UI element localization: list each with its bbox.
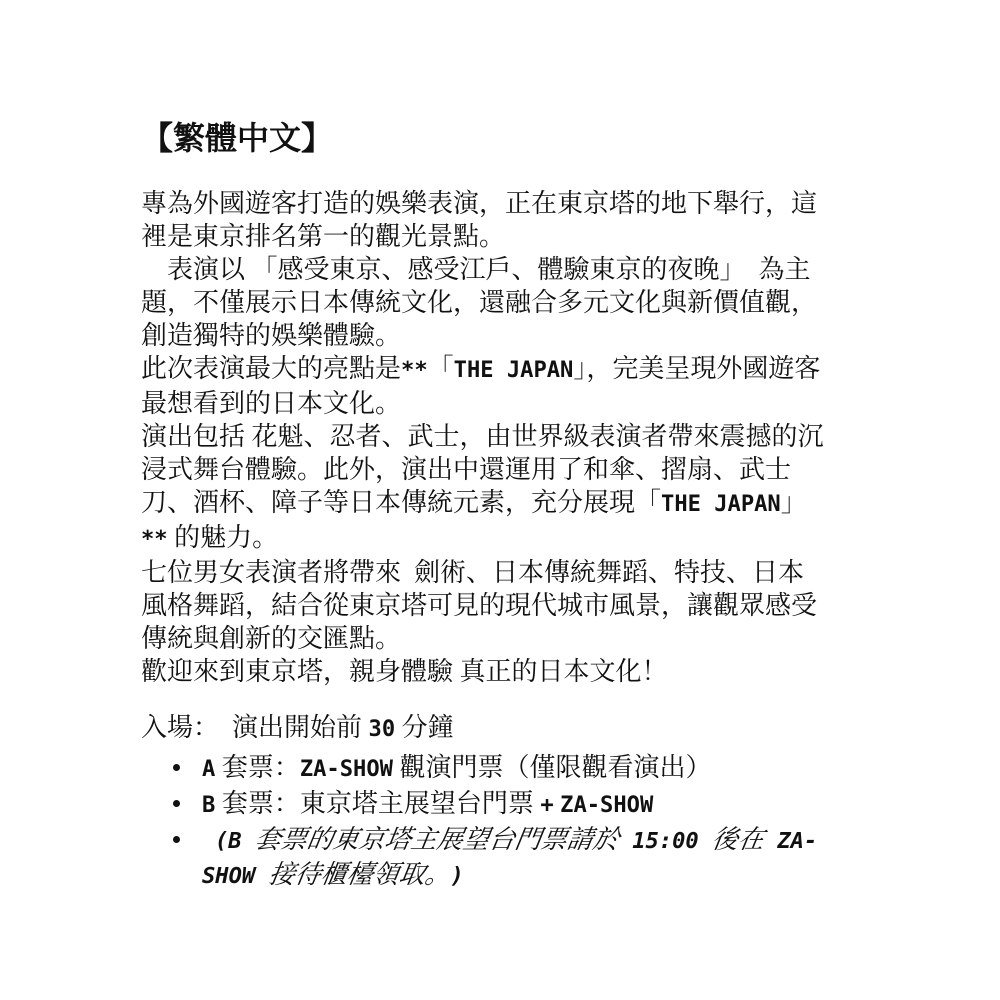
text-run: THE JAPAN (661, 491, 781, 517)
text-run: 七位男女表演者將帶來 劍術、日本傳統舞蹈、特技、日本風格舞蹈，結合從東京塔可見的… (141, 558, 817, 653)
text-run: ** (141, 526, 168, 552)
text-run: 表演以 「感受東京、感受江戶、體驗東京的夜晚」 為主題，不僅展示日本傳統文化，還… (141, 255, 817, 350)
text-run: 套票的東京塔主展望台門票請於 (252, 823, 621, 857)
text-run: 30 (369, 716, 396, 742)
ticket-item: A 套票：ZA-SHOW 觀演門票（僅限觀看演出） (141, 751, 825, 786)
text-run: 此次表演最大的亮點是 (141, 354, 401, 383)
bullet-icon (173, 764, 180, 771)
text-run: 「 (428, 354, 454, 383)
page-title: 【繁體中文】 (141, 120, 825, 156)
document-page: 【繁體中文】 專為外國遊客打造的娛樂表演，正在東京塔的地下舉行，這裡是東京排名第… (0, 0, 1000, 1000)
text-run: THE JAPAN (454, 357, 574, 383)
content-area: 【繁體中文】 專為外國遊客打造的娛樂表演，正在東京塔的地下舉行，這裡是東京排名第… (141, 120, 825, 894)
text-run: B (202, 792, 215, 818)
text-run: 後在 (709, 823, 766, 857)
text-run: 套票：東京塔主展望台門票 (215, 789, 540, 818)
body-paragraph: 專為外國遊客打造的娛樂表演，正在東京塔的地下舉行，這裡是東京排名第一的觀光景點。 (141, 187, 825, 253)
body-paragraph: 演出包括 花魁、忍者、武士，由世界級表演者帶來震撼的沉浸式舞台體驗。此外，演出中… (141, 420, 825, 556)
ticket-list: A 套票：ZA-SHOW 觀演門票（僅限觀看演出）B 套票：東京塔主展望台門票 … (141, 751, 825, 893)
ticket-item: (B 套票的東京塔主展望台門票請於 15:00 後在 ZA-SHOW 接待櫃檯領… (141, 823, 825, 893)
body-paragraph: 表演以 「感受東京、感受江戶、體驗東京的夜晚」 為主題，不僅展示日本傳統文化，還… (141, 253, 825, 352)
text-run: ZA-SHOW (560, 792, 653, 818)
text-run: ** (401, 357, 428, 383)
text-run: 15:00 (619, 828, 712, 854)
body-text: 專為外國遊客打造的娛樂表演，正在東京塔的地下舉行，這裡是東京排名第一的觀光景點。… (141, 187, 825, 688)
text-run: ZA-SHOW (300, 756, 393, 782)
text-run: 套票： (215, 753, 300, 782)
text-run: 接待櫃檯領取。 (266, 858, 453, 892)
text-run: 觀演門票（僅限觀看演出） (393, 753, 712, 782)
text-run: 專為外國遊客打造的娛樂表演，正在東京塔的地下舉行，這裡是東京排名第一的觀光景點。 (141, 189, 817, 251)
text-run: 的魅力。 (168, 523, 279, 552)
body-paragraph: 七位男女表演者將帶來 劍術、日本傳統舞蹈、特技、日本風格舞蹈，結合從東京塔可見的… (141, 556, 825, 655)
bullet-icon (173, 800, 180, 807)
text-run: ) (451, 863, 464, 889)
text-run: (B (215, 828, 255, 854)
text-run: 分鐘 (395, 713, 454, 742)
admission-line: 入場： 演出開始前 30 分鐘 (141, 711, 825, 746)
text-run: 」 (781, 488, 807, 517)
text-run: 歡迎來到東京塔，親身體驗 真正的日本文化！ (141, 657, 668, 686)
bullet-icon (173, 836, 180, 843)
text-run: A (202, 756, 215, 782)
text-run: + (540, 792, 553, 818)
ticket-item: B 套票：東京塔主展望台門票 + ZA-SHOW (141, 787, 825, 822)
body-paragraph: 歡迎來到東京塔，親身體驗 真正的日本文化！ (141, 655, 825, 688)
text-run: 入場： 演出開始前 (141, 713, 369, 742)
body-paragraph: 此次表演最大的亮點是**「THE JAPAN」，完美呈現外國遊客最想看到的日本文… (141, 352, 825, 420)
